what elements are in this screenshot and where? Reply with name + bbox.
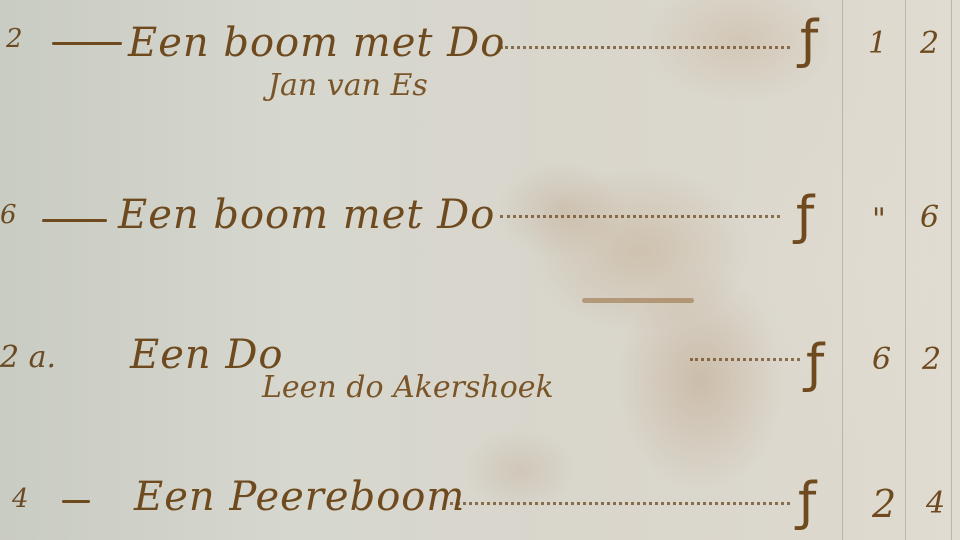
lot-number: 6	[0, 200, 17, 230]
amount-guilders: 1	[868, 26, 887, 61]
lot-number: 2	[6, 24, 23, 54]
amount-stuivers: 2	[922, 342, 941, 377]
entry-description: Een Peereboom	[134, 474, 465, 520]
column-rule-3	[951, 0, 952, 540]
amount-guilders: 2	[872, 482, 896, 526]
entry-description: Een boom met Do	[128, 20, 505, 66]
buyer-name: Jan van Es	[268, 68, 428, 103]
lot-number: 2 a.	[0, 340, 56, 375]
guilder-sign-icon: ƒ	[806, 334, 824, 394]
column-rule-2	[905, 0, 906, 540]
dotted-leader	[690, 358, 800, 361]
guilder-sign-icon: ƒ	[800, 10, 818, 70]
dash-separator	[42, 219, 107, 222]
dotted-leader	[500, 215, 780, 218]
paper-background	[0, 0, 960, 540]
column-rule-1	[842, 0, 843, 540]
entry-description: Een Do	[130, 332, 284, 378]
dotted-leader	[450, 502, 790, 505]
amount-stuivers: 4	[926, 486, 945, 521]
buyer-name: Leen do Akershoek	[262, 370, 554, 405]
dash-separator	[62, 500, 90, 503]
guilder-sign-icon: ƒ	[796, 186, 814, 246]
dash-separator	[52, 42, 122, 45]
amount-stuivers: 6	[920, 200, 939, 235]
guilder-sign-icon: ƒ	[798, 472, 816, 532]
entry-description: Een boom met Do	[118, 192, 495, 238]
amount-guilders: "	[872, 202, 886, 237]
lot-number: 4	[12, 484, 29, 514]
amount-guilders: 6	[872, 342, 891, 377]
dotted-leader	[500, 46, 790, 49]
ink-smear	[582, 298, 694, 303]
amount-stuivers: 2	[920, 26, 939, 61]
